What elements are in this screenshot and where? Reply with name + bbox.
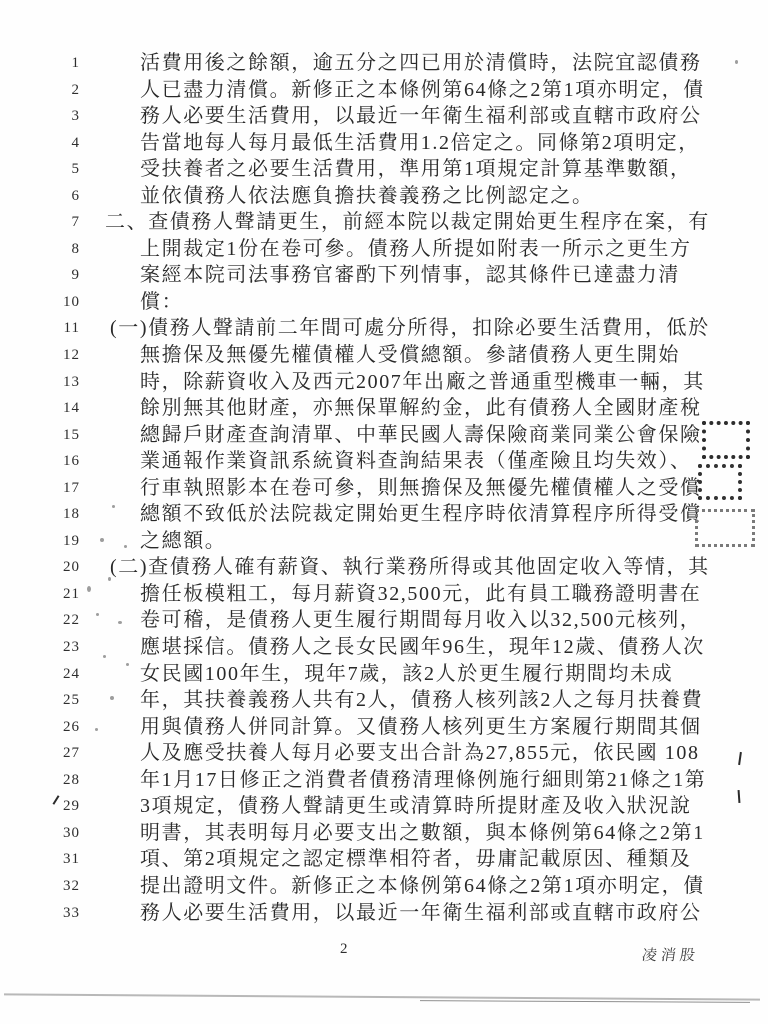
document-line: 32 提出證明文件。新修正之本條例第64條之2第1項亦明定，債 <box>0 873 768 900</box>
line-text: 活費用後之餘額，逾五分之四已用於清償時，法院宜認債務 <box>140 50 702 77</box>
page-edge-scan-line <box>420 1000 750 1003</box>
line-text: 年1月17日修正之消費者債務清理條例施行細則第21條之1第 <box>140 767 706 794</box>
dot-matrix-artifact <box>702 421 750 459</box>
scan-artifact <box>96 613 99 616</box>
line-number: 21 <box>0 581 80 608</box>
line-number: 20 <box>0 554 80 581</box>
line-text: 3項規定，債務人聲請更生或清算時所提財產及收入狀況說 <box>140 793 692 820</box>
line-number: 5 <box>0 156 80 183</box>
document-line: 33 務人必要生活費用，以最近一年衛生福利部或直轄市政府公 <box>0 900 768 927</box>
line-number: 33 <box>0 900 80 927</box>
court-division-stamp: 凌消股 <box>641 944 701 965</box>
line-number: 30 <box>0 820 80 847</box>
document-line: 12 無擔保及無優先權債權人受償總額。參諸債務人更生開始 <box>0 342 768 369</box>
document-line: 23 應堪採信。債務人之長女民國年96生，現年12歲、債務人次 <box>0 634 768 661</box>
line-text: 項、第2項規定之認定標準相符者，毋庸記載原因、種類及 <box>140 846 692 873</box>
line-number: 2 <box>0 77 80 104</box>
line-text: 女民國100年生，現年7歲，該2人於更生履行期間均未成 <box>140 661 673 688</box>
line-text: 無擔保及無優先權債權人受償總額。參諸債務人更生開始 <box>140 342 680 369</box>
document-line: 4 告當地每人每月最低生活費用1.2倍定之。同條第2項明定， <box>0 130 768 157</box>
line-number: 15 <box>0 422 80 449</box>
document-line: 31 項、第2項規定之認定標準相符者，毋庸記載原因、種類及 <box>0 846 768 873</box>
line-text: 餘別無其他財產，亦無保單解約金，此有債務人全國財產稅 <box>140 395 702 422</box>
document-line: 14 餘別無其他財產，亦無保單解約金，此有債務人全國財產稅 <box>0 395 768 422</box>
document-line: 11 (一)債務人聲請前二年間可處分所得，扣除必要生活費用，低於 <box>0 315 768 342</box>
line-number: 26 <box>0 714 80 741</box>
line-number: 23 <box>0 634 80 661</box>
line-text: 二、查債務人聲請更生，前經本院以裁定開始更生程序在案，有 <box>105 209 710 236</box>
line-text: 償： <box>140 289 183 316</box>
line-number: 22 <box>0 607 80 634</box>
line-number: 6 <box>0 183 80 210</box>
line-text: 行車執照影本在卷可參，則無擔保及無優先權債權人之受償 <box>140 475 702 502</box>
line-number: 17 <box>0 475 80 502</box>
page-edge-scan-line <box>4 993 760 1000</box>
line-text: (二)查債務人確有薪資、執行業務所得或其他固定收入等情，其 <box>110 554 710 581</box>
line-number: 14 <box>0 395 80 422</box>
document-line: 24 女民國100年生，現年7歲，該2人於更生履行期間均未成 <box>0 661 768 688</box>
document-line: 18 總額不致低於法院裁定開始更生程序時依清算程序所得受償 <box>0 501 768 528</box>
line-number: 18 <box>0 501 80 528</box>
line-number: 13 <box>0 369 80 396</box>
document-line: 2 人已盡力清償。新修正之本條例第64條之2第1項亦明定，債 <box>0 77 768 104</box>
scan-artifact <box>103 655 106 658</box>
document-line: 8 上開裁定1份在卷可參。債務人所提如附表一所示之更生方 <box>0 236 768 263</box>
line-number: 12 <box>0 342 80 369</box>
line-text: 總歸戶財產查詢清單、中華民國人壽保險商業同業公會保險 <box>140 422 702 449</box>
line-text: (一)債務人聲請前二年間可處分所得，扣除必要生活費用，低於 <box>110 315 710 342</box>
document-line: 19 之總額。 <box>0 528 768 555</box>
document-line: 30 明書，其表明每月必要支出之數額，與本條例第64條之2第1 <box>0 820 768 847</box>
line-text: 人已盡力清償。新修正之本條例第64條之2第1項亦明定，債 <box>140 77 705 104</box>
document-line: 20 (二)查債務人確有薪資、執行業務所得或其他固定收入等情，其 <box>0 554 768 581</box>
line-text: 擔任板模粗工，每月薪資32,500元，此有員工職務證明書在 <box>140 581 701 608</box>
line-number: 31 <box>0 846 80 873</box>
document-line: 9 案經本院司法事務官審酌下列情事，認其條件已達盡力清 <box>0 262 768 289</box>
line-text: 應堪採信。債務人之長女民國年96生，現年12歲、債務人次 <box>140 634 705 661</box>
line-number: 1 <box>0 50 80 77</box>
dot-matrix-artifact <box>695 509 755 547</box>
document-line: 13 時，除薪資收入及西元2007年出廠之普通重型機車一輛，其 <box>0 369 768 396</box>
line-text: 受扶養者之必要生活費用，準用第1項規定計算基準數額， <box>140 156 692 183</box>
line-number: 8 <box>0 236 80 263</box>
document-line: 21 擔任板模粗工，每月薪資32,500元，此有員工職務證明書在 <box>0 581 768 608</box>
document-line: 6 並依債務人依法應負擔扶養義務之比例認定之。 <box>0 183 768 210</box>
line-number: 24 <box>0 661 80 688</box>
line-text: 明書，其表明每月必要支出之數額，與本條例第64條之2第1 <box>140 820 705 847</box>
line-text: 務人必要生活費用，以最近一年衛生福利部或直轄市政府公 <box>140 103 702 130</box>
line-text: 案經本院司法事務官審酌下列情事，認其條件已達盡力清 <box>140 262 680 289</box>
line-text: 人及應受扶養人每月必要支出合計為27,855元，依民國 108 <box>140 740 700 767</box>
line-text: 用與債務人併同計算。又債務人核列更生方案履行期間其個 <box>140 714 702 741</box>
line-number: 19 <box>0 528 80 555</box>
document-line: 27 人及應受扶養人每月必要支出合計為27,855元，依民國 108 <box>0 740 768 767</box>
document-lines: 1 活費用後之餘額，逾五分之四已用於清償時，法院宜認債務 2 人已盡力清償。新修… <box>0 50 768 926</box>
document-line: 1 活費用後之餘額，逾五分之四已用於清償時，法院宜認債務 <box>0 50 768 77</box>
line-number: 10 <box>0 289 80 316</box>
document-line: 7 二、查債務人聲請更生，前經本院以裁定開始更生程序在案，有 <box>0 209 768 236</box>
line-number: 3 <box>0 103 80 130</box>
line-text: 務人必要生活費用，以最近一年衛生福利部或直轄市政府公 <box>140 900 702 927</box>
document-line: 26 用與債務人併同計算。又債務人核列更生方案履行期間其個 <box>0 714 768 741</box>
document-line: 22 卷可稽，是債務人更生履行期間每月收入以32,500元核列， <box>0 607 768 634</box>
scan-artifact <box>124 545 127 548</box>
page-number: 2 <box>340 941 348 958</box>
line-text: 之總額。 <box>140 528 226 555</box>
line-number: 11 <box>0 315 80 342</box>
line-number: 16 <box>0 448 80 475</box>
scan-artifact <box>87 586 91 592</box>
line-text: 時，除薪資收入及西元2007年出廠之普通重型機車一輛，其 <box>140 369 705 396</box>
document-line: 28 年1月17日修正之消費者債務清理條例施行細則第21條之1第 <box>0 767 768 794</box>
scan-artifact <box>110 696 114 700</box>
line-text: 卷可稽，是債務人更生履行期間每月收入以32,500元核列， <box>140 607 701 634</box>
line-text: 告當地每人每月最低生活費用1.2倍定之。同條第2項明定， <box>140 130 700 157</box>
scan-artifact <box>100 538 104 542</box>
line-number: 7 <box>0 209 80 236</box>
line-text: 總額不致低於法院裁定開始更生程序時依清算程序所得受償 <box>140 501 702 528</box>
document-line: 5 受扶養者之必要生活費用，準用第1項規定計算基準數額， <box>0 156 768 183</box>
scan-artifact <box>95 728 98 731</box>
scan-artifact <box>735 60 738 64</box>
line-text: 業通報作業資訊系統資料查詢結果表（僅產險且均失效）、 <box>140 448 692 475</box>
document-line: 25 年，其扶養義務人共有2人，債務人核列該2人之每月扶養費 <box>0 687 768 714</box>
document-line: 16 業通報作業資訊系統資料查詢結果表（僅產險且均失效）、 <box>0 448 768 475</box>
line-text: 上開裁定1份在卷可參。債務人所提如附表一所示之更生方 <box>140 236 692 263</box>
document-line: 17 行車執照影本在卷可參，則無擔保及無優先權債權人之受償 <box>0 475 768 502</box>
line-number: 29 <box>0 793 80 820</box>
document-line: 3 務人必要生活費用，以最近一年衛生福利部或直轄市政府公 <box>0 103 768 130</box>
document-line: 15 總歸戶財產查詢清單、中華民國人壽保險商業同業公會保險 <box>0 422 768 449</box>
line-number: 9 <box>0 262 80 289</box>
scan-artifact <box>118 621 122 624</box>
dot-matrix-artifact <box>698 464 742 500</box>
line-number: 25 <box>0 687 80 714</box>
scan-artifact <box>108 577 111 581</box>
line-text: 提出證明文件。新修正之本條例第64條之2第1項亦明定，債 <box>140 873 705 900</box>
line-number: 28 <box>0 767 80 794</box>
document-line: 29 3項規定，債務人聲請更生或清算時所提財產及收入狀況說 <box>0 793 768 820</box>
line-number: 27 <box>0 740 80 767</box>
line-number: 32 <box>0 873 80 900</box>
scan-artifact <box>126 663 129 666</box>
line-number: 4 <box>0 130 80 157</box>
document-line: 10 償： <box>0 289 768 316</box>
scan-artifact <box>112 505 115 508</box>
line-text: 並依債務人依法應負擔扶養義務之比例認定之。 <box>140 183 594 210</box>
scanned-document-page: 1 活費用後之餘額，逾五分之四已用於清償時，法院宜認債務 2 人已盡力清償。新修… <box>0 0 768 1024</box>
line-text: 年，其扶養義務人共有2人，債務人核列該2人之每月扶養費 <box>140 687 703 714</box>
